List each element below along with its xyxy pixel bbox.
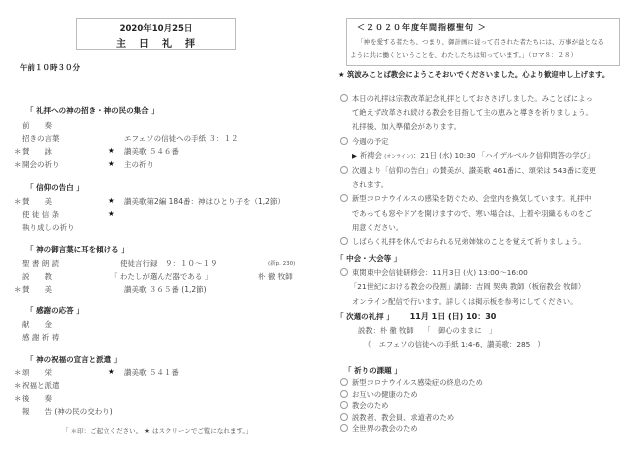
item-label: 報 告 (神の民の交わり)	[22, 406, 113, 417]
prayer-item: 教会のため	[340, 400, 596, 412]
announcement-line: て絶えず改革され続ける教会を目指して主の恵みと導きを祈りましょう。	[340, 106, 596, 120]
announcement-line: されます。	[340, 178, 596, 192]
item-value: 使徒言行録 ９：１０～１９	[120, 258, 218, 269]
section-heading: 「 礼拝への神の招き・神の民の集合 」	[26, 105, 159, 116]
prayer-item: 新型コロナウイルス感染症の終息のため	[340, 377, 596, 389]
announcement-list: 本日の礼拝は宗教改革記念礼拝としておささげしました。みことばによっ て絶えず改革…	[340, 92, 596, 435]
circle-bullet-icon	[340, 413, 348, 421]
star-icon: ★	[108, 159, 115, 168]
announcements-page: ＜２０２０年度年間指標聖句 ＞ 「神を愛する者たち、つまり、御計画に従って召され…	[320, 0, 640, 452]
triangle-right-icon: ▶	[352, 152, 357, 160]
star-icon: ★	[108, 196, 115, 205]
item-label: 祝福と派遣	[22, 380, 60, 391]
meeting-line: オンライン配信で行います。詳しくは掲示板を参考にしてください。	[340, 295, 596, 309]
circle-bullet-icon	[340, 378, 348, 386]
next-service-heading: 「 次週の礼拝 」11月 1日 (日) 10：30	[336, 309, 596, 324]
item-label: 聖 書 朗 読	[22, 258, 59, 269]
item-label: 説 教	[22, 271, 52, 282]
prayer-item: 説教者、教会員、求道者のため	[340, 412, 596, 424]
item-label: 前 奏	[22, 120, 52, 131]
meeting-line: 「21世紀における教会の役割」講師：吉岡 契典 教師（板宿教会 牧師）	[340, 280, 596, 294]
item-value: 讃美歌 ５４１番	[124, 367, 179, 378]
item-label: 開会の祈り	[22, 159, 60, 170]
circle-bullet-icon	[340, 424, 348, 432]
page-ref: (新p. 230)	[268, 259, 295, 267]
item-label: 執り成しの祈り	[22, 222, 75, 233]
item-label: 招きの言葉	[22, 133, 60, 144]
circle-bullet-icon	[340, 194, 348, 202]
verse-title: ＜２０２０年度年間指標聖句 ＞	[357, 22, 487, 33]
service-time: 午前１０時３０分	[20, 62, 80, 73]
circle-bullet-icon	[340, 166, 348, 174]
item-label: 使 徒 信 条	[22, 209, 59, 220]
legend-footnote: 「 ＊印：ご起立ください。 ★ はスクリーンでご覧になれます。」	[62, 426, 252, 435]
title-box: 2020年10月25日 主日礼拝	[76, 18, 236, 50]
star-icon: ★	[108, 209, 115, 218]
item-value: 讃美歌 ３６５番 (1,2節)	[124, 284, 207, 295]
service-title: 主日礼拝	[77, 35, 235, 50]
item-value: 讃美歌 ５４６番	[124, 146, 179, 157]
announcement-item: 本日の礼拝は宗教改革記念礼拝としておささげしました。みことばによっ	[340, 92, 596, 106]
prayer-item: お互いの健康のため	[340, 389, 596, 401]
verse-line: ように共に働くということを、わたしたちは知っています。」（ロマ８：２８）	[350, 50, 577, 59]
star-icon: ★	[108, 146, 115, 155]
sermon-title: 「 わたしが選んだ器である 」	[110, 271, 212, 282]
circle-bullet-icon	[340, 94, 348, 102]
circle-bullet-icon	[340, 401, 348, 409]
item-value: エフェソの信徒への手紙 ３：１２	[124, 133, 239, 144]
announcement-item: しばらく礼拝を休んでおられる兄弟姉妹のことを覚えて祈りましょう。	[340, 235, 596, 249]
section-heading: 「 神の祝福の宣言と派遣 」	[26, 354, 121, 365]
section-heading: 「 感謝の応答 」	[26, 305, 84, 316]
item-label: 感 謝 祈 祷	[22, 332, 59, 343]
section-heading: 「 中会・大会等 」	[336, 252, 596, 266]
schedule-subitem: ▶祈祷会 (オンライン)：21日 (水) 10:30 「ハイデルベルク信仰問答の…	[340, 149, 596, 164]
announcement-item: 今週の予定	[340, 135, 596, 149]
annual-verse-box: ＜２０２０年度年間指標聖句 ＞ 「神を愛する者たち、つまり、御計画に従って召され…	[346, 18, 620, 66]
next-service-datetime: 11月 1日 (日) 10：30	[410, 312, 497, 321]
section-heading: 「 祈りの課題 」	[344, 364, 596, 377]
item-label: 献 金	[22, 319, 52, 330]
next-readings: （ エフェソの信徒への手紙 1:4-6、讃美歌：285 ）	[340, 338, 596, 352]
item-label: 後 奏	[22, 393, 52, 404]
service-date: 2020年10月25日	[77, 22, 235, 34]
welcome-message: ★ 筑波みことば教会にようこそおいでくださいました。心より歓迎申し上げます。	[338, 70, 609, 80]
star-icon: ★	[108, 367, 115, 376]
circle-bullet-icon	[340, 137, 348, 145]
preacher-name: 朴 徹 牧師	[258, 271, 293, 282]
circle-bullet-icon	[340, 237, 348, 245]
announcement-line: 用意ください。	[340, 221, 596, 235]
item-value: 讃美歌第2編 184番：神はひとり子を（1,2節）	[124, 196, 285, 207]
circle-bullet-icon	[340, 268, 348, 276]
verse-line: 「神を愛する者たち、つまり、御計画に従って召された者たちには、万事が益となる	[357, 37, 604, 46]
section-heading: 「 信仰の告白 」	[26, 182, 84, 193]
announcement-item: 新型コロナウイルスの感染を防ぐため、会堂内を換気しています。礼拝中	[340, 192, 596, 206]
announcement-item: 次週より「信仰の告白」の賛美が、讃美歌 461番に、頌栄は 543番に変更	[340, 164, 596, 178]
order-of-worship-page: 2020年10月25日 主日礼拝 午前１０時３０分 「 礼拝への神の招き・神の民…	[0, 0, 320, 452]
announcement-line: であっても窓やドアを開けますので、寒い場合は、上着や羽織るものをご	[340, 207, 596, 221]
section-heading: 「 神の御言葉に耳を傾ける 」	[26, 244, 129, 255]
announcement-line: 礼拝後、加入準備会があります。	[340, 120, 596, 134]
next-sermon: 説教：朴 徹 牧師 「 御心のままに 」	[340, 324, 596, 338]
item-value: 主の祈り	[124, 159, 154, 170]
item-label: 頌 栄	[22, 367, 52, 378]
circle-bullet-icon	[340, 390, 348, 398]
item-label: 賛 詠	[22, 146, 52, 157]
item-label: 賛 美	[22, 284, 52, 295]
item-label: 賛 美	[22, 196, 52, 207]
prayer-item: 全世界の教会のため	[340, 423, 596, 435]
meeting-item: 東関東中会信徒研修会：11月3日 (火) 13:00～16:00	[340, 266, 596, 280]
